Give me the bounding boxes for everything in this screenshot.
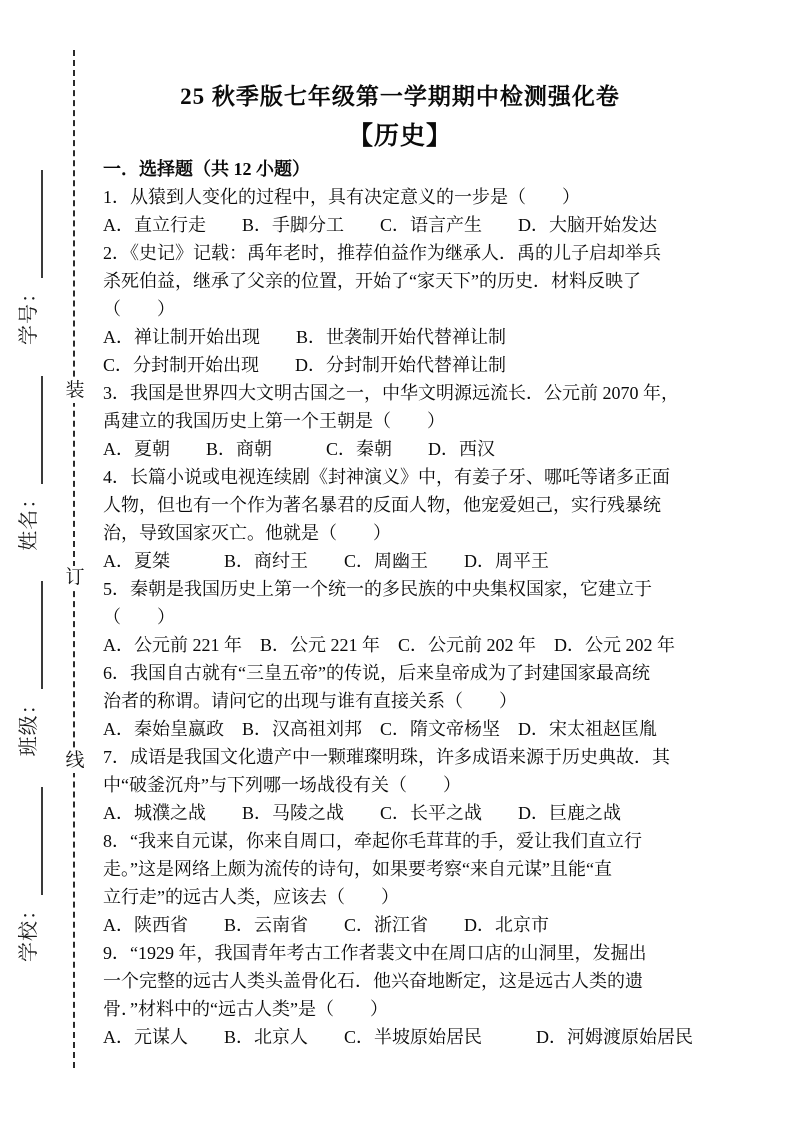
question-7-text-line: 中“破釜沉舟”与下列哪一场战役有关（ ） xyxy=(103,771,743,799)
question-9-text-line: A．元谋人 B．北京人 C．半坡原始居民 D．河姆渡原始居民 xyxy=(103,1023,743,1051)
binding-char-3: 线 xyxy=(63,749,87,773)
question-6: 6．我国自古就有“三皇五帝”的传说，后来皇帝成为了封建国家最高统治者的称谓。请问… xyxy=(103,659,743,743)
binding-char-2: 订 xyxy=(63,566,87,590)
question-3: 3．我国是世界四大文明古国之一，中华文明源远流长．公元前 2070 年，禹建立的… xyxy=(103,379,743,463)
question-5-text-line: 5．秦朝是我国历史上第一个统一的多民族的中央集权国家，它建立于 xyxy=(103,575,743,603)
question-7: 7．成语是我国文化遗产中一颗璀璨明珠，许多成语来源于历史典故．其中“破釜沉舟”与… xyxy=(103,743,743,827)
question-5-text-line: （ ） xyxy=(103,603,743,631)
question-3-text-line: 禹建立的我国历史上第一个王朝是（ ） xyxy=(103,407,743,435)
question-8: 8．“我来自元谋，你来自周口，牵起你毛茸茸的手，爱让我们直立行走。”这是网络上颇… xyxy=(103,827,743,939)
question-3-text-line: A．夏朝 B．商朝 C．秦朝 D．西汉 xyxy=(103,435,743,463)
binding-char-1: 装 xyxy=(63,379,87,403)
binding-dashed-line xyxy=(73,50,75,1068)
question-8-text-line: 8．“我来自元谋，你来自周口，牵起你毛茸茸的手，爱让我们直立行 xyxy=(103,827,743,855)
section-heading: 一．选择题（共 12 小题） xyxy=(103,155,743,183)
student-info-blank-line xyxy=(15,581,43,689)
question-9-text-line: 9．“1929 年，我国青年考古工作者裴文中在周口店的山洞里，发掘出 xyxy=(103,939,743,967)
question-5: 5．秦朝是我国历史上第一个统一的多民族的中央集权国家，它建立于（ ）A．公元前 … xyxy=(103,575,743,659)
question-5-text-line: A．公元前 221 年 B．公元 221 年 C．公元前 202 年 D．公元 … xyxy=(103,631,743,659)
question-2-text-line: A．禅让制开始出现 B．世袭制开始代替禅让制 xyxy=(103,323,743,351)
question-7-text-line: 7．成语是我国文化遗产中一颗璀璨明珠，许多成语来源于历史典故．其 xyxy=(103,743,743,771)
question-2-text-line: 2．《史记》记载：禹年老时，推荐伯益作为继承人．禹的儿子启却举兵 xyxy=(103,239,743,267)
student-info-field-label: 班级： xyxy=(15,693,43,756)
question-list: 1．从猿到人变化的过程中，具有决定意义的一步是（ ）A．直立行走 B．手脚分工 … xyxy=(103,183,743,1051)
student-info-field: 班级： xyxy=(13,581,43,756)
student-info-field: 学号： xyxy=(13,170,43,345)
question-6-text-line: A．秦始皇嬴政 B．汉高祖刘邦 C．隋文帝杨坚 D．宋太祖赵匡胤 xyxy=(103,715,743,743)
student-info-field-label: 学号： xyxy=(15,282,43,345)
question-1-text-line: A．直立行走 B．手脚分工 C．语言产生 D．大脑开始发达 xyxy=(103,211,743,239)
student-info-field: 姓名： xyxy=(13,376,43,551)
question-9-text-line: 骨．”材料中的“远古人类”是（ ） xyxy=(103,995,743,1023)
exam-paper-page: 装订线 学校：班级：姓名：学号： 25 秋季版七年级第一学期期中检测强化卷 【历… xyxy=(0,0,793,1122)
student-info-field-label: 学校： xyxy=(15,899,43,962)
question-3-text-line: 3．我国是世界四大文明古国之一，中华文明源远流长．公元前 2070 年， xyxy=(103,379,743,407)
student-info-blank-line xyxy=(15,170,43,278)
student-info-field-label: 姓名： xyxy=(15,488,43,551)
question-8-text-line: A．陕西省 B．云南省 C．浙江省 D．北京市 xyxy=(103,911,743,939)
question-6-text-line: 治者的称谓。请问它的出现与谁有直接关系（ ） xyxy=(103,687,743,715)
question-9-text-line: 一个完整的远古人类头盖骨化石．他兴奋地断定，这是远古人类的遗 xyxy=(103,967,743,995)
student-info-blank-line xyxy=(15,376,43,484)
student-info-blank-line xyxy=(15,787,43,895)
exam-body: 一．选择题（共 12 小题） 1．从猿到人变化的过程中，具有决定意义的一步是（ … xyxy=(103,155,743,1051)
question-4: 4．长篇小说或电视连续剧《封神演义》中，有姜子牙、哪吒等诸多正面人物，但也有一个… xyxy=(103,463,743,575)
student-info-fields: 学校：班级：姓名：学号： xyxy=(10,170,46,962)
exam-title: 25 秋季版七年级第一学期期中检测强化卷 xyxy=(80,78,720,111)
question-1: 1．从猿到人变化的过程中，具有决定意义的一步是（ ）A．直立行走 B．手脚分工 … xyxy=(103,183,743,239)
question-2-text-line: 杀死伯益，继承了父亲的位置，开始了“家天下”的历史．材料反映了 xyxy=(103,267,743,295)
exam-subject: 【历史】 xyxy=(80,116,720,152)
question-2-text-line: （ ） xyxy=(103,295,743,323)
question-9: 9．“1929 年，我国青年考古工作者裴文中在周口店的山洞里，发掘出一个完整的远… xyxy=(103,939,743,1051)
question-2: 2．《史记》记载：禹年老时，推荐伯益作为继承人．禹的儿子启却举兵杀死伯益，继承了… xyxy=(103,239,743,379)
question-8-text-line: 立行走”的远古人类，应该去（ ） xyxy=(103,883,743,911)
question-4-text-line: 治，导致国家灭亡。他就是（ ） xyxy=(103,519,743,547)
question-2-text-line: C．分封制开始出现 D．分封制开始代替禅让制 xyxy=(103,351,743,379)
student-info-field: 学校： xyxy=(13,787,43,962)
question-1-text-line: 1．从猿到人变化的过程中，具有决定意义的一步是（ ） xyxy=(103,183,743,211)
question-8-text-line: 走。”这是网络上颇为流传的诗句，如果要考察“来自元谋”且能“直 xyxy=(103,855,743,883)
question-6-text-line: 6．我国自古就有“三皇五帝”的传说，后来皇帝成为了封建国家最高统 xyxy=(103,659,743,687)
question-4-text-line: 人物，但也有一个作为著名暴君的反面人物，他宠爱妲己，实行残暴统 xyxy=(103,491,743,519)
question-4-text-line: A．夏桀 B．商纣王 C．周幽王 D．周平王 xyxy=(103,547,743,575)
question-4-text-line: 4．长篇小说或电视连续剧《封神演义》中，有姜子牙、哪吒等诸多正面 xyxy=(103,463,743,491)
question-7-text-line: A．城濮之战 B．马陵之战 C．长平之战 D．巨鹿之战 xyxy=(103,799,743,827)
